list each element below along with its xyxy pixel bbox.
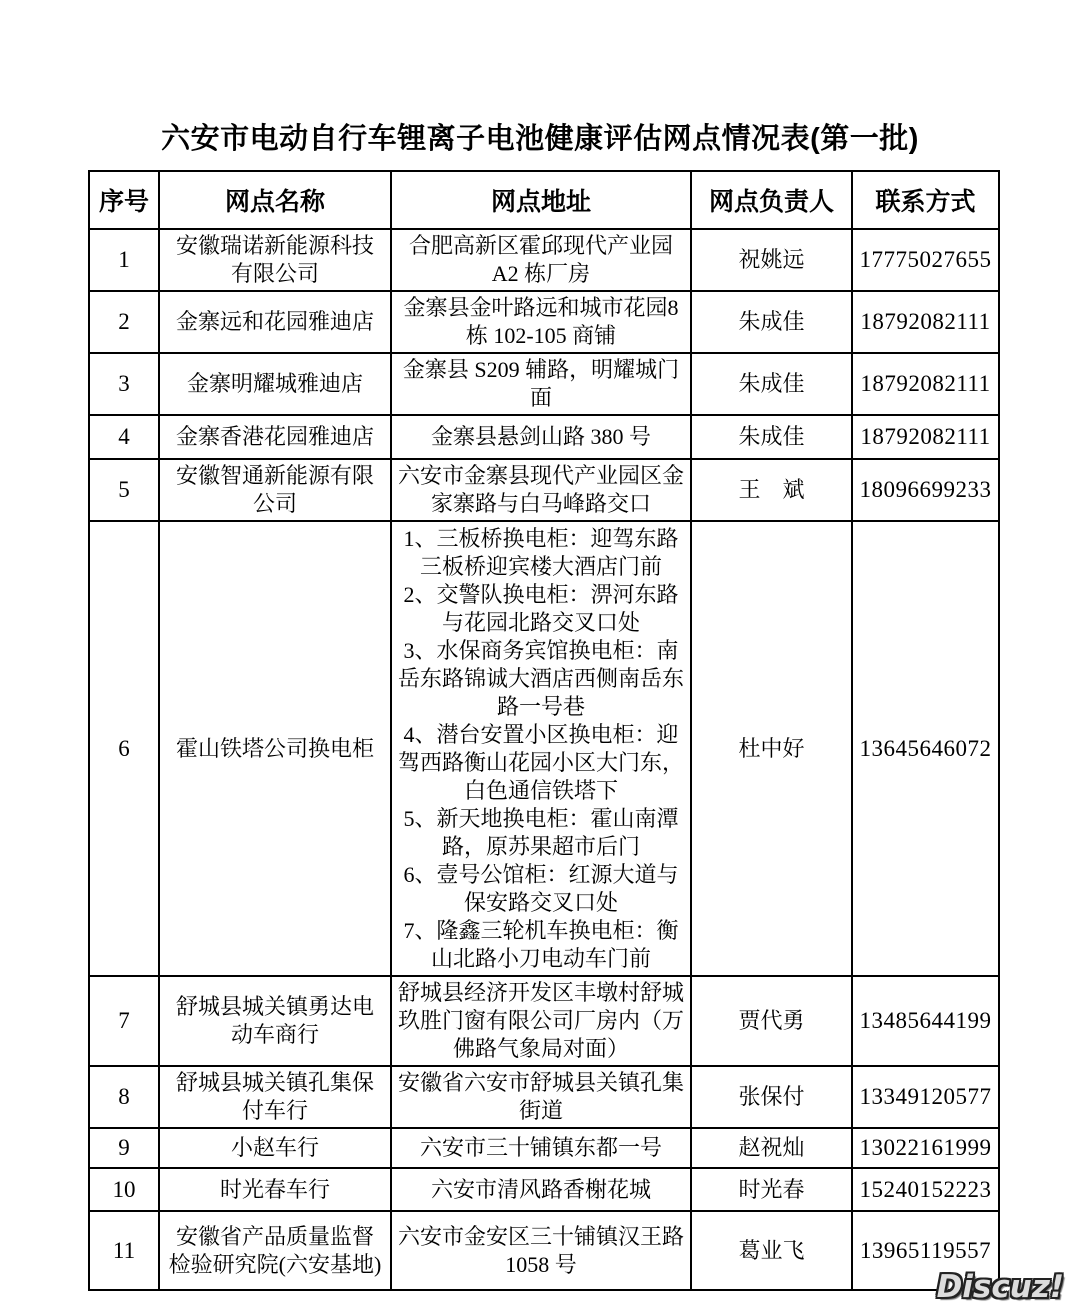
row-serial: 8	[89, 1066, 159, 1128]
site-address: 合肥高新区霍邱现代产业园A2 栋厂房	[391, 229, 691, 291]
site-manager: 朱成佳	[691, 353, 852, 415]
site-phone: 15240152223	[852, 1168, 999, 1211]
table-row: 4 金寨香港花园雅迪店 金寨县悬剑山路 380 号 朱成佳 1879208211…	[89, 415, 999, 459]
site-address: 舒城县经济开发区丰墩村舒城玖胜门窗有限公司厂房内（万佛路气象局对面）	[391, 976, 691, 1066]
site-phone: 18792082111	[852, 415, 999, 459]
site-address: 安徽省六安市舒城县关镇孔集街道	[391, 1066, 691, 1128]
site-name: 时光春车行	[159, 1168, 391, 1211]
row-serial: 7	[89, 976, 159, 1066]
site-manager: 时光春	[691, 1168, 852, 1211]
table-row: 2 金寨远和花园雅迪店 金寨县金叶路远和城市花园8 栋 102-105 商铺 朱…	[89, 291, 999, 353]
col-header-address: 网点地址	[391, 171, 691, 229]
site-manager: 赵祝灿	[691, 1128, 852, 1168]
site-name: 舒城县城关镇孔集保付车行	[159, 1066, 391, 1128]
site-manager: 张保付	[691, 1066, 852, 1128]
row-serial: 3	[89, 353, 159, 415]
site-name: 金寨香港花园雅迪店	[159, 415, 391, 459]
row-serial: 10	[89, 1168, 159, 1211]
site-address: 六安市清风路香榭花城	[391, 1168, 691, 1211]
address-item: 5、新天地换电柜：霍山南潭路，原苏果超市后门	[398, 805, 684, 861]
address-item: 6、壹号公馆柜：红源大道与保安路交叉口处	[398, 861, 684, 917]
site-phone: 18096699233	[852, 459, 999, 521]
network-points-table: 序号 网点名称 网点地址 网点负责人 联系方式 1 安徽瑞诺新能源科技有限公司 …	[88, 170, 1000, 1291]
discuz-watermark: Discuz!	[937, 1269, 1064, 1305]
table-row: 6 霍山铁塔公司换电柜 1、三板桥换电柜：迎驾东路三板桥迎宾楼大酒店门前 2、交…	[89, 521, 999, 976]
table-row: 10 时光春车行 六安市清风路香榭花城 时光春 15240152223	[89, 1168, 999, 1211]
site-address: 金寨县金叶路远和城市花园8 栋 102-105 商铺	[391, 291, 691, 353]
table-row: 7 舒城县城关镇勇达电动车商行 舒城县经济开发区丰墩村舒城玖胜门窗有限公司厂房内…	[89, 976, 999, 1066]
site-phone: 18792082111	[852, 291, 999, 353]
header-row: 序号 网点名称 网点地址 网点负责人 联系方式	[89, 171, 999, 229]
site-manager: 朱成佳	[691, 291, 852, 353]
site-address: 六安市三十铺镇东都一号	[391, 1128, 691, 1168]
site-manager: 王 斌	[691, 459, 852, 521]
site-name: 安徽瑞诺新能源科技有限公司	[159, 229, 391, 291]
document-page: 六安市电动自行车锂离子电池健康评估网点情况表(第一批) 序号 网点名称 网点地址…	[0, 0, 1080, 1309]
address-item: 2、交警队换电柜：淠河东路与花园北路交叉口处	[398, 581, 684, 637]
address-item: 3、水保商务宾馆换电柜：南岳东路锦诚大酒店西侧南岳东路一号巷	[398, 637, 684, 721]
col-header-name: 网点名称	[159, 171, 391, 229]
address-item: 1、三板桥换电柜：迎驾东路三板桥迎宾楼大酒店门前	[398, 525, 684, 581]
site-address: 金寨县 S209 辅路，明耀城门面	[391, 353, 691, 415]
site-manager: 朱成佳	[691, 415, 852, 459]
site-name: 金寨远和花园雅迪店	[159, 291, 391, 353]
col-header-manager: 网点负责人	[691, 171, 852, 229]
table-row: 8 舒城县城关镇孔集保付车行 安徽省六安市舒城县关镇孔集街道 张保付 13349…	[89, 1066, 999, 1128]
row-serial: 11	[89, 1211, 159, 1290]
site-name: 安徽智通新能源有限公司	[159, 459, 391, 521]
row-serial: 2	[89, 291, 159, 353]
address-item: 4、潜台安置小区换电柜：迎驾西路衡山花园小区大门东，白色通信铁塔下	[398, 721, 684, 805]
site-name: 金寨明耀城雅迪店	[159, 353, 391, 415]
site-address: 六安市金寨县现代产业园区金家寨路与白马峰路交口	[391, 459, 691, 521]
row-serial: 6	[89, 521, 159, 976]
table-row: 3 金寨明耀城雅迪店 金寨县 S209 辅路，明耀城门面 朱成佳 1879208…	[89, 353, 999, 415]
site-phone: 18792082111	[852, 353, 999, 415]
site-name: 舒城县城关镇勇达电动车商行	[159, 976, 391, 1066]
site-name: 安徽省产品质量监督检验研究院(六安基地)	[159, 1211, 391, 1290]
site-name: 小赵车行	[159, 1128, 391, 1168]
table-row: 9 小赵车行 六安市三十铺镇东都一号 赵祝灿 13022161999	[89, 1128, 999, 1168]
row-serial: 9	[89, 1128, 159, 1168]
site-phone: 13349120577	[852, 1066, 999, 1128]
page-title: 六安市电动自行车锂离子电池健康评估网点情况表(第一批)	[0, 116, 1080, 157]
site-manager: 祝姚远	[691, 229, 852, 291]
site-phone: 13645646072	[852, 521, 999, 976]
site-manager: 贾代勇	[691, 976, 852, 1066]
col-header-serial: 序号	[89, 171, 159, 229]
row-serial: 5	[89, 459, 159, 521]
table-row: 1 安徽瑞诺新能源科技有限公司 合肥高新区霍邱现代产业园A2 栋厂房 祝姚远 1…	[89, 229, 999, 291]
row-serial: 1	[89, 229, 159, 291]
site-phone: 17775027655	[852, 229, 999, 291]
site-address: 1、三板桥换电柜：迎驾东路三板桥迎宾楼大酒店门前 2、交警队换电柜：淠河东路与花…	[391, 521, 691, 976]
site-name: 霍山铁塔公司换电柜	[159, 521, 391, 976]
site-phone: 13485644199	[852, 976, 999, 1066]
site-manager: 葛业飞	[691, 1211, 852, 1290]
table-row: 5 安徽智通新能源有限公司 六安市金寨县现代产业园区金家寨路与白马峰路交口 王 …	[89, 459, 999, 521]
site-address: 金寨县悬剑山路 380 号	[391, 415, 691, 459]
col-header-phone: 联系方式	[852, 171, 999, 229]
site-manager: 杜中好	[691, 521, 852, 976]
table-row: 11 安徽省产品质量监督检验研究院(六安基地) 六安市金安区三十铺镇汉王路 10…	[89, 1211, 999, 1290]
site-phone: 13022161999	[852, 1128, 999, 1168]
row-serial: 4	[89, 415, 159, 459]
site-address: 六安市金安区三十铺镇汉王路 1058 号	[391, 1211, 691, 1290]
address-item: 7、隆鑫三轮机车换电柜：衡山北路小刀电动车门前	[398, 917, 684, 973]
